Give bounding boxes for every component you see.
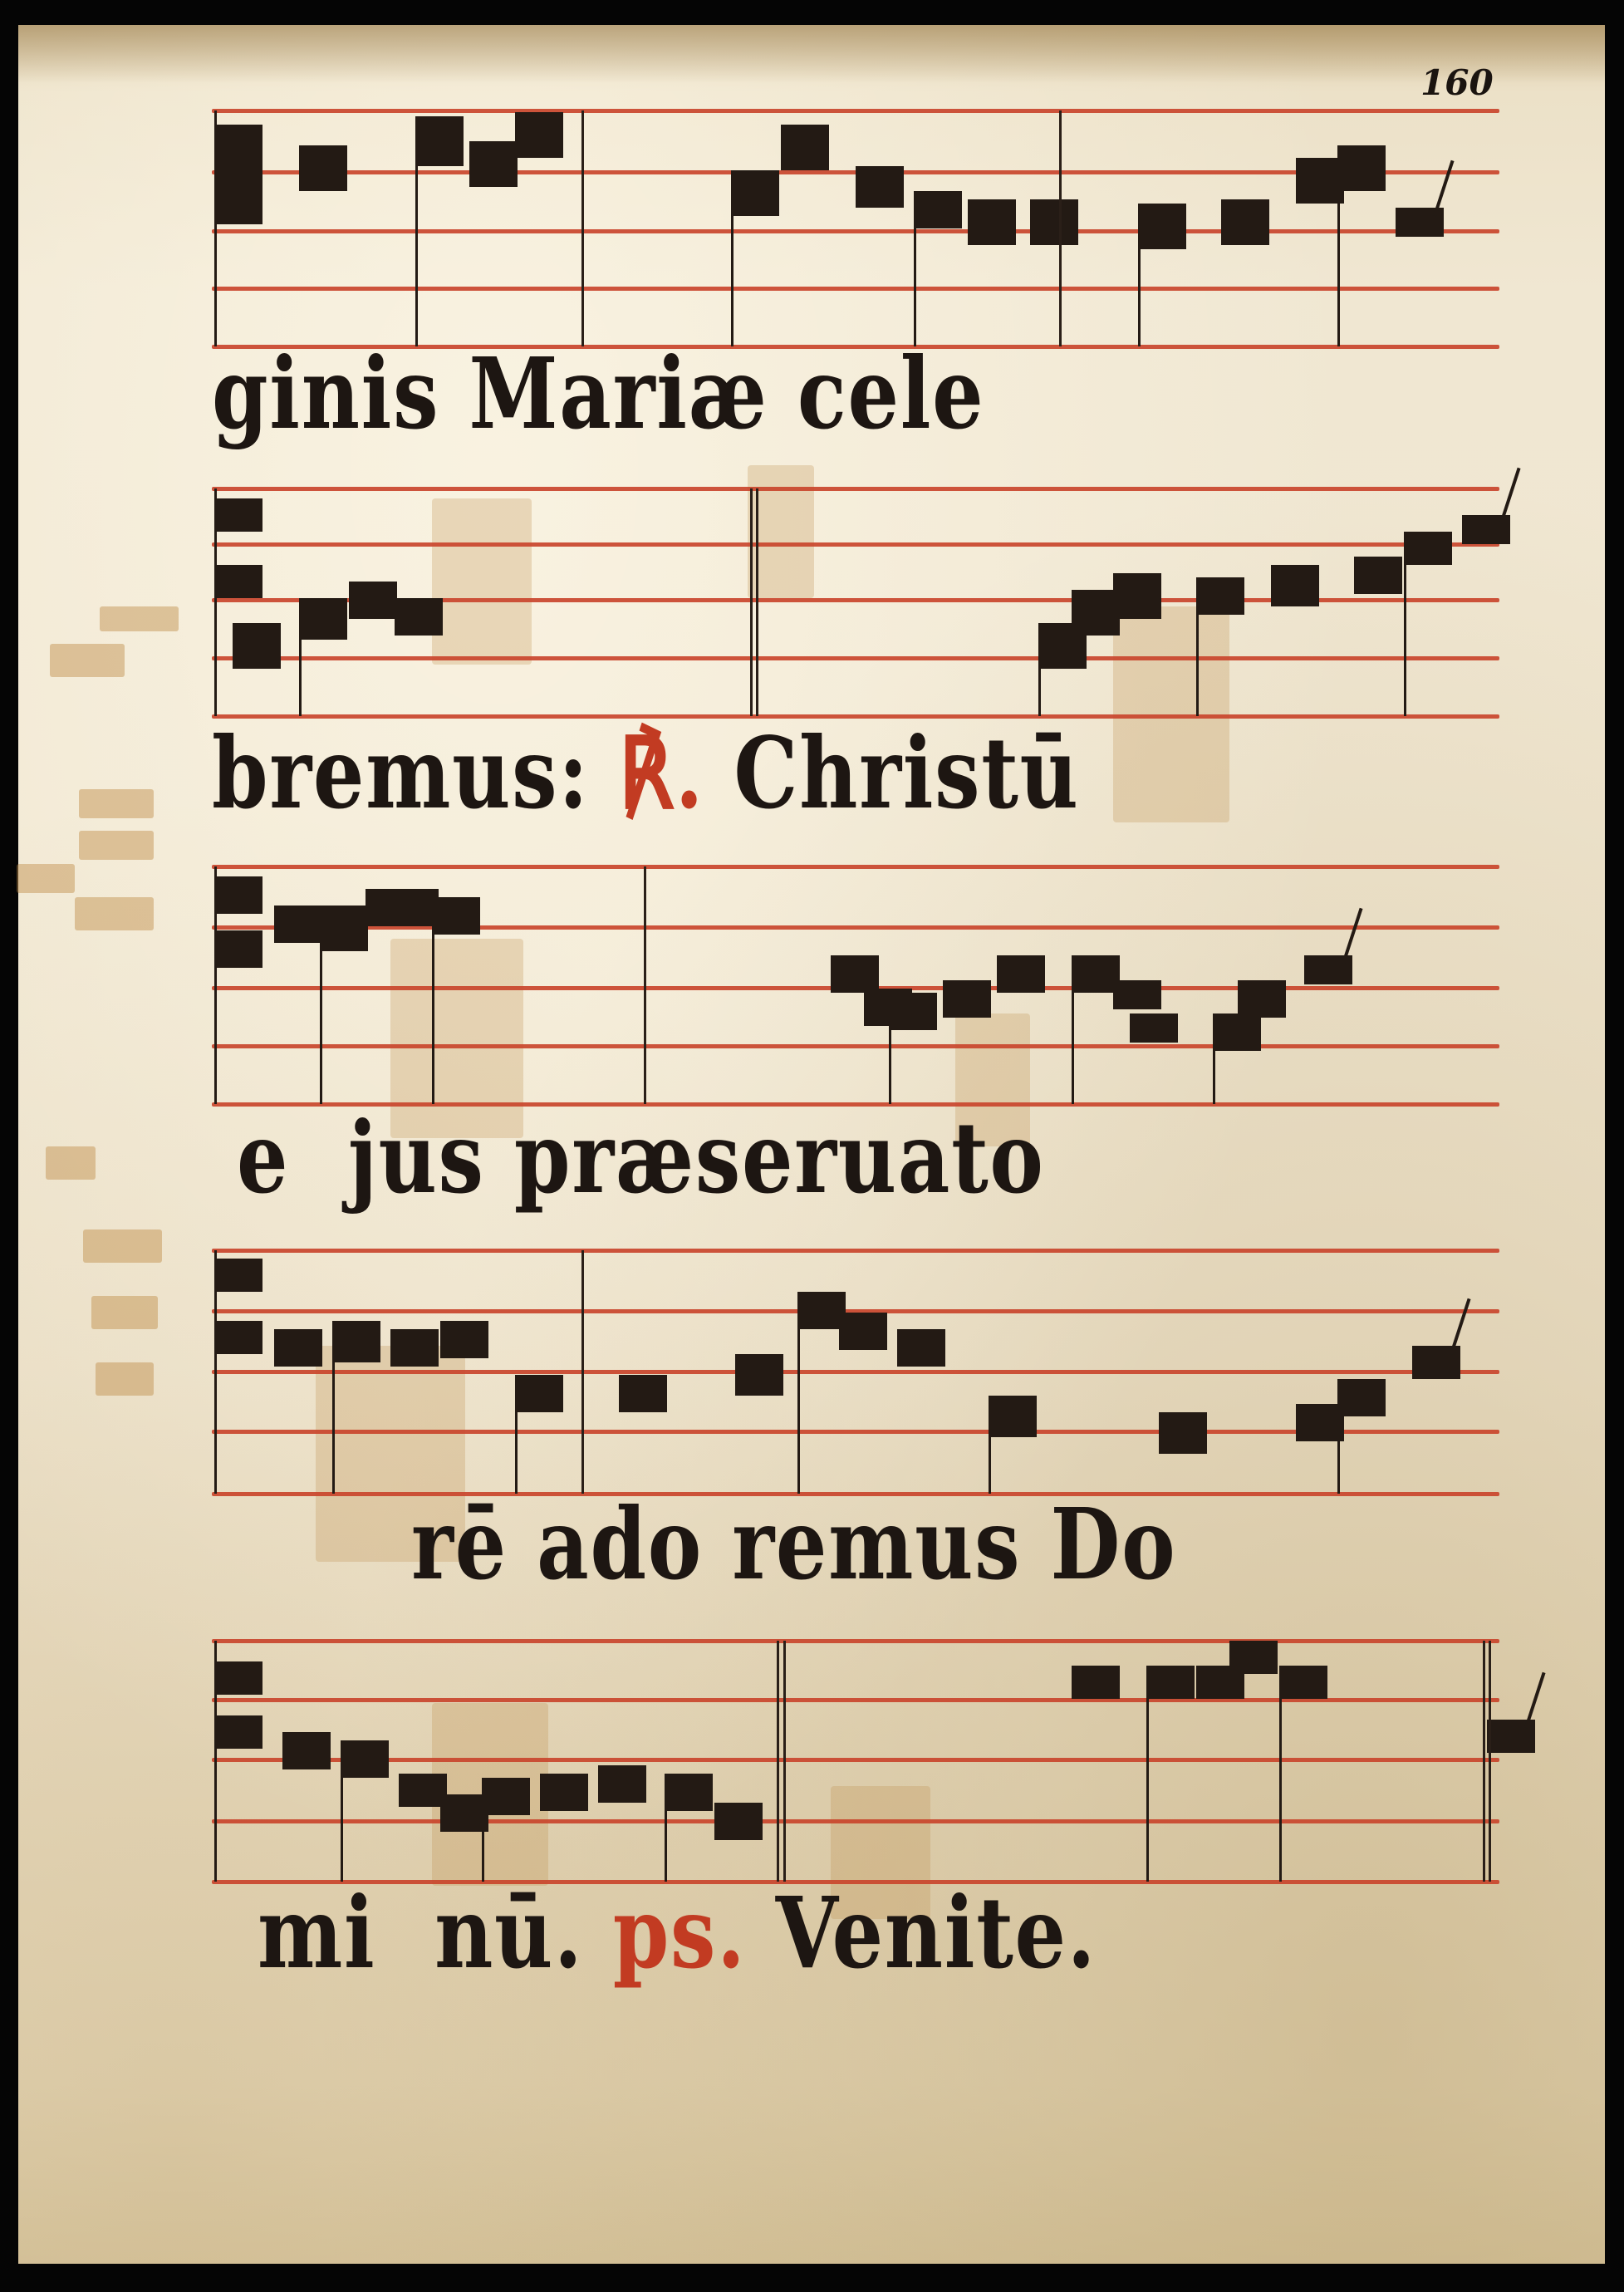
offset-stain xyxy=(100,606,179,631)
neume-note xyxy=(214,125,262,174)
note-stem xyxy=(1138,204,1141,346)
neume-note xyxy=(299,145,347,191)
neume-note xyxy=(598,1765,646,1803)
neume-note xyxy=(665,1774,713,1811)
note-stem xyxy=(1337,145,1340,346)
neume-note xyxy=(1337,1379,1386,1416)
neume-note xyxy=(341,1740,389,1778)
neume-note xyxy=(968,199,1016,245)
lyric-line-3: e jus præseruato xyxy=(237,1109,1045,1207)
neume-note xyxy=(1229,1641,1278,1674)
neume-note xyxy=(214,1661,262,1695)
neume-note xyxy=(989,1396,1037,1437)
neume-note xyxy=(1159,1412,1207,1454)
staff-line xyxy=(212,1044,1499,1048)
neume-note xyxy=(1146,1666,1195,1699)
neume-note xyxy=(1072,1666,1120,1699)
neume-note xyxy=(1030,199,1078,245)
staff-line xyxy=(212,542,1499,547)
neume-note xyxy=(731,170,779,216)
note-stem xyxy=(1146,1666,1149,1882)
note-stem xyxy=(515,1375,518,1494)
neume-note xyxy=(332,1321,380,1362)
staff-line xyxy=(212,1249,1499,1253)
neume-note xyxy=(274,1329,322,1367)
offset-stain xyxy=(91,1296,158,1329)
offset-stain xyxy=(17,864,75,893)
neume-note xyxy=(1130,1013,1178,1043)
lyric-text: mi nū. xyxy=(258,1875,613,1990)
neume-note xyxy=(214,876,262,914)
neume-note xyxy=(515,112,563,158)
neume-note xyxy=(214,565,262,598)
neume-note xyxy=(214,930,262,968)
neume-note xyxy=(214,174,262,224)
neume-note xyxy=(781,125,829,170)
lyric-line-2: bremus: ℟. Christū xyxy=(212,724,1080,822)
offset-stain xyxy=(50,644,125,677)
note-stem xyxy=(1337,1379,1340,1494)
staff-line xyxy=(212,1370,1499,1374)
staff-line xyxy=(212,229,1499,233)
neume-note xyxy=(1138,204,1186,249)
note-stem xyxy=(320,906,322,1104)
show-through-stain xyxy=(432,498,532,665)
neume-note xyxy=(619,1375,667,1412)
neume-note xyxy=(214,1715,262,1749)
neume-note xyxy=(440,1321,488,1358)
bar-line xyxy=(1059,110,1062,346)
top-edge-stain xyxy=(18,25,1605,83)
neume-note xyxy=(1196,577,1244,615)
staff-line xyxy=(212,487,1499,491)
neume-note xyxy=(415,116,464,166)
lyric-text: Christū xyxy=(704,715,1079,831)
neume-note xyxy=(540,1774,588,1811)
neume-note xyxy=(831,955,879,993)
neume-note xyxy=(299,598,347,640)
neume-note xyxy=(349,582,397,619)
neume-note xyxy=(714,1803,763,1840)
offset-stain xyxy=(96,1362,154,1396)
neume-note xyxy=(1213,1013,1261,1051)
staff-line xyxy=(212,1758,1499,1762)
bar-line xyxy=(756,488,758,716)
neume-note xyxy=(1337,145,1386,191)
offset-stain xyxy=(79,789,154,818)
neume-note xyxy=(914,191,962,228)
bar-line xyxy=(581,110,584,346)
neume-note xyxy=(233,623,281,669)
staff-line xyxy=(212,1819,1499,1823)
neume-note xyxy=(274,906,322,943)
neume-note xyxy=(1113,980,1161,1009)
bar-line xyxy=(1483,1641,1485,1882)
neume-note xyxy=(282,1732,331,1769)
neume-note xyxy=(1271,565,1319,606)
neume-note xyxy=(432,897,480,935)
note-stem xyxy=(482,1778,484,1882)
neume-note xyxy=(839,1313,887,1350)
neume-note xyxy=(395,598,443,636)
note-stem xyxy=(1279,1666,1282,1882)
note-stem xyxy=(332,1321,335,1494)
neume-note xyxy=(390,1329,439,1367)
neume-note xyxy=(997,955,1045,993)
offset-stain xyxy=(83,1229,162,1263)
lyric-text: Venite. xyxy=(746,1875,1097,1990)
note-stem xyxy=(1404,532,1406,716)
folio-number: 160 xyxy=(1420,62,1494,103)
note-stem xyxy=(989,1396,991,1494)
bar-line xyxy=(581,1250,584,1494)
neume-note xyxy=(1279,1666,1327,1699)
rubric-marker: ℟. xyxy=(619,715,704,831)
staff-line xyxy=(212,109,1499,113)
staff-line xyxy=(212,1639,1499,1643)
neume-note xyxy=(1404,532,1452,565)
neume-note xyxy=(1354,557,1402,594)
offset-stain xyxy=(46,1146,96,1180)
neume-note xyxy=(889,993,937,1030)
clef-stem xyxy=(214,110,217,297)
neume-note xyxy=(469,141,518,187)
offset-stain xyxy=(75,897,154,930)
lyric-text: rē ado remus Do xyxy=(411,1486,1176,1602)
clef-stem xyxy=(214,488,217,666)
note-stem xyxy=(1196,577,1199,716)
clef-stem xyxy=(214,1641,217,1829)
neume-note xyxy=(735,1354,783,1396)
neume-note xyxy=(897,1329,945,1367)
neume-note xyxy=(515,1375,563,1412)
note-stem xyxy=(914,191,916,346)
neume-note xyxy=(1238,980,1286,1018)
lyric-line-5: mi nū. ps. Venite. xyxy=(258,1884,1097,1982)
note-stem xyxy=(415,116,418,346)
clef-stem xyxy=(214,866,217,1054)
neume-note xyxy=(1113,573,1161,619)
note-stem xyxy=(341,1740,343,1882)
staff-line xyxy=(212,865,1499,869)
note-stem xyxy=(665,1774,667,1882)
neume-note xyxy=(856,166,904,208)
neume-note xyxy=(1221,199,1269,245)
lyric-line-1: ginis Mariæ cele xyxy=(212,345,984,443)
bar-line xyxy=(750,488,753,716)
neume-note xyxy=(943,980,991,1018)
lyric-text: ginis Mariæ cele xyxy=(212,336,984,451)
offset-stain xyxy=(79,831,154,860)
staff-line xyxy=(212,656,1499,660)
clef-stem xyxy=(214,1250,217,1440)
note-stem xyxy=(1038,623,1041,716)
bar-line xyxy=(783,1641,786,1882)
note-stem xyxy=(1213,1013,1215,1104)
bar-line xyxy=(777,1641,779,1882)
neume-note xyxy=(482,1778,530,1815)
lyric-text: e jus præseruato xyxy=(237,1100,1045,1215)
neume-note xyxy=(214,1321,262,1354)
note-stem xyxy=(299,598,302,716)
note-stem xyxy=(1072,955,1074,1104)
lyric-text: bremus: xyxy=(212,715,619,831)
bar-line xyxy=(1489,1641,1491,1882)
bar-line xyxy=(644,866,646,1104)
neume-note xyxy=(214,1259,262,1292)
rubric-marker: ps. xyxy=(613,1875,747,1990)
note-stem xyxy=(889,993,891,1104)
neume-note xyxy=(320,906,368,951)
staff-line xyxy=(212,287,1499,291)
lyric-line-4: rē ado remus Do xyxy=(411,1495,1176,1593)
note-stem xyxy=(731,170,733,346)
note-stem xyxy=(432,897,434,1104)
neume-note xyxy=(214,498,262,532)
note-stem xyxy=(797,1292,800,1494)
